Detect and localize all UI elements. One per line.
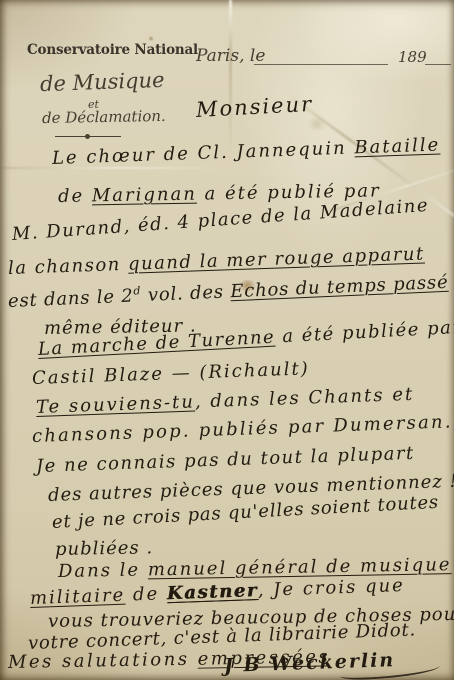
salutation: Monsieur bbox=[195, 92, 313, 122]
handwritten-segment: , Je crois que bbox=[257, 575, 405, 601]
handwritten-segment: Te souviens-tu bbox=[36, 391, 196, 418]
handwritten-segment: manuel général de musique bbox=[148, 554, 452, 580]
vertical-fold-crease bbox=[229, 0, 232, 155]
horizontal-crease bbox=[0, 167, 235, 169]
divider-ornament bbox=[85, 134, 90, 139]
handwritten-segment: Echos du temps passé bbox=[230, 272, 449, 303]
date-city-label: Paris, le bbox=[196, 46, 265, 66]
letterhead-org-line4: de Déclamation. bbox=[42, 107, 166, 127]
handwritten-line: chansons pop. publiés par Dumersan. bbox=[32, 411, 453, 447]
letterhead-divider bbox=[55, 135, 121, 138]
handwritten-segment: la chanson bbox=[8, 254, 129, 279]
handwritten-line: Castil Blaze — (Richault) bbox=[32, 358, 310, 389]
date-blank-line bbox=[254, 64, 388, 65]
handwritten-line: Te souviens-tu, dans les Chants et bbox=[36, 384, 415, 418]
handwritten-line: Je ne connais pas du tout la plupart bbox=[36, 443, 415, 477]
date-blank-line bbox=[425, 64, 451, 65]
handwritten-segment: , dans les Chants et bbox=[195, 384, 415, 413]
handwritten-segment: Le chœur de Cl. Jannequin bbox=[52, 137, 355, 169]
handwritten-segment: a été publiée par bbox=[275, 317, 454, 348]
handwritten-segment: Dans le bbox=[58, 559, 148, 582]
handwritten-segment: publiées . bbox=[55, 537, 153, 560]
handwritten-segment: Je ne connais pas du tout la plupart bbox=[36, 443, 415, 477]
handwritten-segment: militaire bbox=[30, 585, 126, 609]
paper-smudge bbox=[306, 118, 328, 130]
handwritten-segment: de bbox=[58, 185, 92, 207]
handwritten-segment: vol. des bbox=[141, 281, 231, 306]
handwritten-segment: de bbox=[125, 583, 167, 605]
handwritten-line: est dans le 2d vol. des Echos du temps p… bbox=[8, 271, 449, 312]
handwritten-segment: quand la mer rouge apparut bbox=[128, 243, 425, 274]
handwritten-segment: Mes salutations bbox=[8, 649, 198, 673]
letterhead-org-name: Conservatoire National bbox=[27, 42, 198, 58]
ink-stain bbox=[148, 36, 154, 41]
handwritten-segment: Castil Blaze — (Richault) bbox=[32, 358, 310, 389]
handwritten-line: publiées . bbox=[55, 537, 153, 560]
handwritten-segment: Marignan bbox=[92, 184, 197, 207]
handwritten-segment: Kastner bbox=[167, 580, 259, 604]
handwritten-segment: chansons pop. publiés par Dumersan. bbox=[32, 411, 453, 447]
handwritten-segment: est dans le 2 bbox=[8, 286, 134, 312]
handwritten-segment: Bataille bbox=[354, 134, 441, 158]
letterhead-org-line2: de Musique bbox=[40, 68, 165, 96]
letter-page: Conservatoire National de Musique et de … bbox=[0, 0, 454, 680]
date-year-label: 189 bbox=[398, 48, 427, 66]
